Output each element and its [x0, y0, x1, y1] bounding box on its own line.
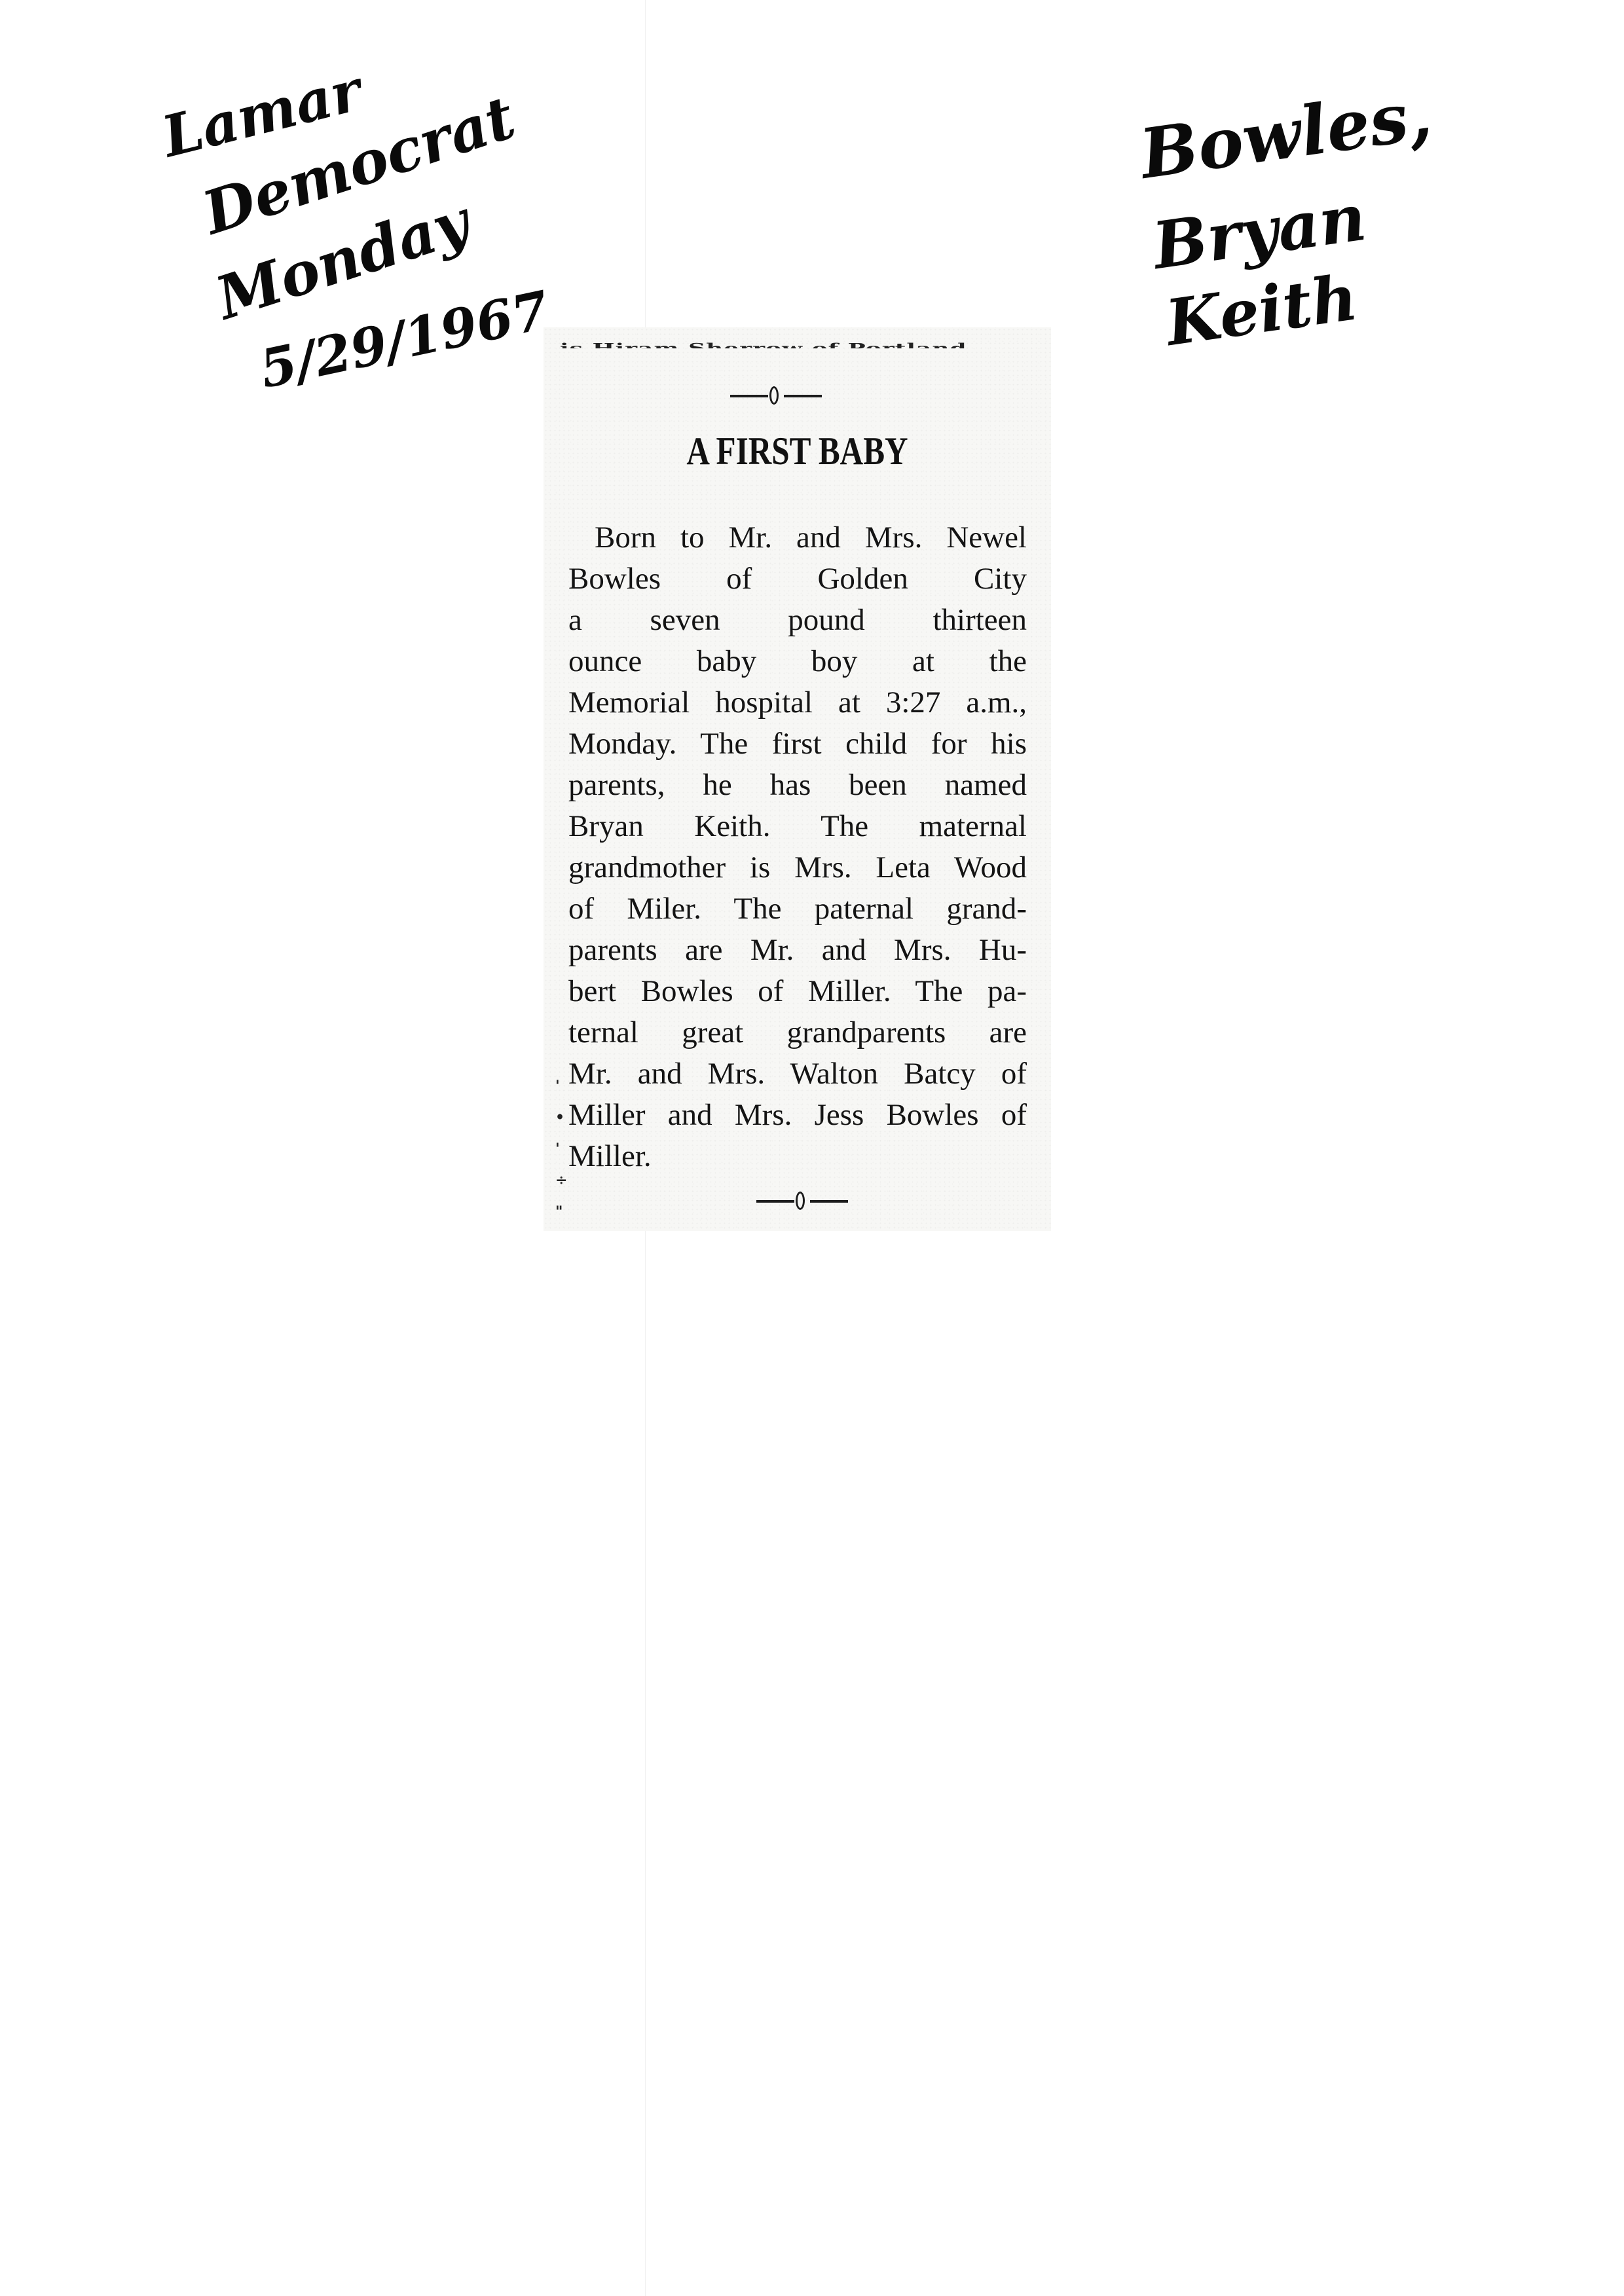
- article-line: Bowles of Golden City: [568, 558, 1027, 600]
- article-line: of Miler. The paternal grand-: [568, 888, 1027, 930]
- section-divider-bottom: [756, 1192, 848, 1211]
- article-line: Mr. and Mrs. Walton Batcy of: [568, 1053, 1027, 1095]
- article-line: ternal great grandparents are: [568, 1012, 1027, 1053]
- handwritten-source-note: Lamar Democrat Monday 5/29/1967: [157, 111, 549, 397]
- handwritten-subject-note: Bowles, Bryan Keith: [1136, 121, 1429, 355]
- article-line: Born to Mr. and Mrs. Newel: [568, 517, 1027, 558]
- article-headline: A FIRST BABY: [589, 429, 1006, 474]
- article-line: Monday. The first child for his: [568, 723, 1027, 765]
- article-line: Bryan Keith. The maternal: [568, 806, 1027, 847]
- note-surname: Bowles,: [1136, 81, 1435, 189]
- article-body: Born to Mr. and Mrs. Newel Bowles of Gol…: [568, 517, 1027, 1177]
- cut-off-previous-article-line: is Hiram Sherrow of Portland.: [560, 340, 1031, 348]
- article-line: grandmother is Mrs. Leta Wood: [568, 847, 1027, 888]
- divider-ring-icon: [769, 386, 779, 405]
- adjacent-column-fragments: ' • ' ÷ ": [555, 1070, 567, 1228]
- article-line: Memorial hospital at 3:27 a.m.,: [568, 682, 1027, 723]
- article-line: bert Bowles of Miller. The pa-: [568, 971, 1027, 1012]
- divider-ring-icon: [796, 1192, 805, 1210]
- article-line: ounce baby boy at the: [568, 641, 1027, 682]
- newspaper-clipping: is Hiram Sherrow of Portland. A FIRST BA…: [544, 327, 1051, 1231]
- article-line: a seven pound thirteen: [568, 600, 1027, 641]
- article-line: Miller.: [568, 1136, 1027, 1177]
- article-line: parents are Mr. and Mrs. Hu-: [568, 930, 1027, 971]
- article-line: parents, he has been named: [568, 765, 1027, 806]
- article-line: Miller and Mrs. Jess Bowles of: [568, 1095, 1027, 1136]
- section-divider-top: [730, 386, 822, 406]
